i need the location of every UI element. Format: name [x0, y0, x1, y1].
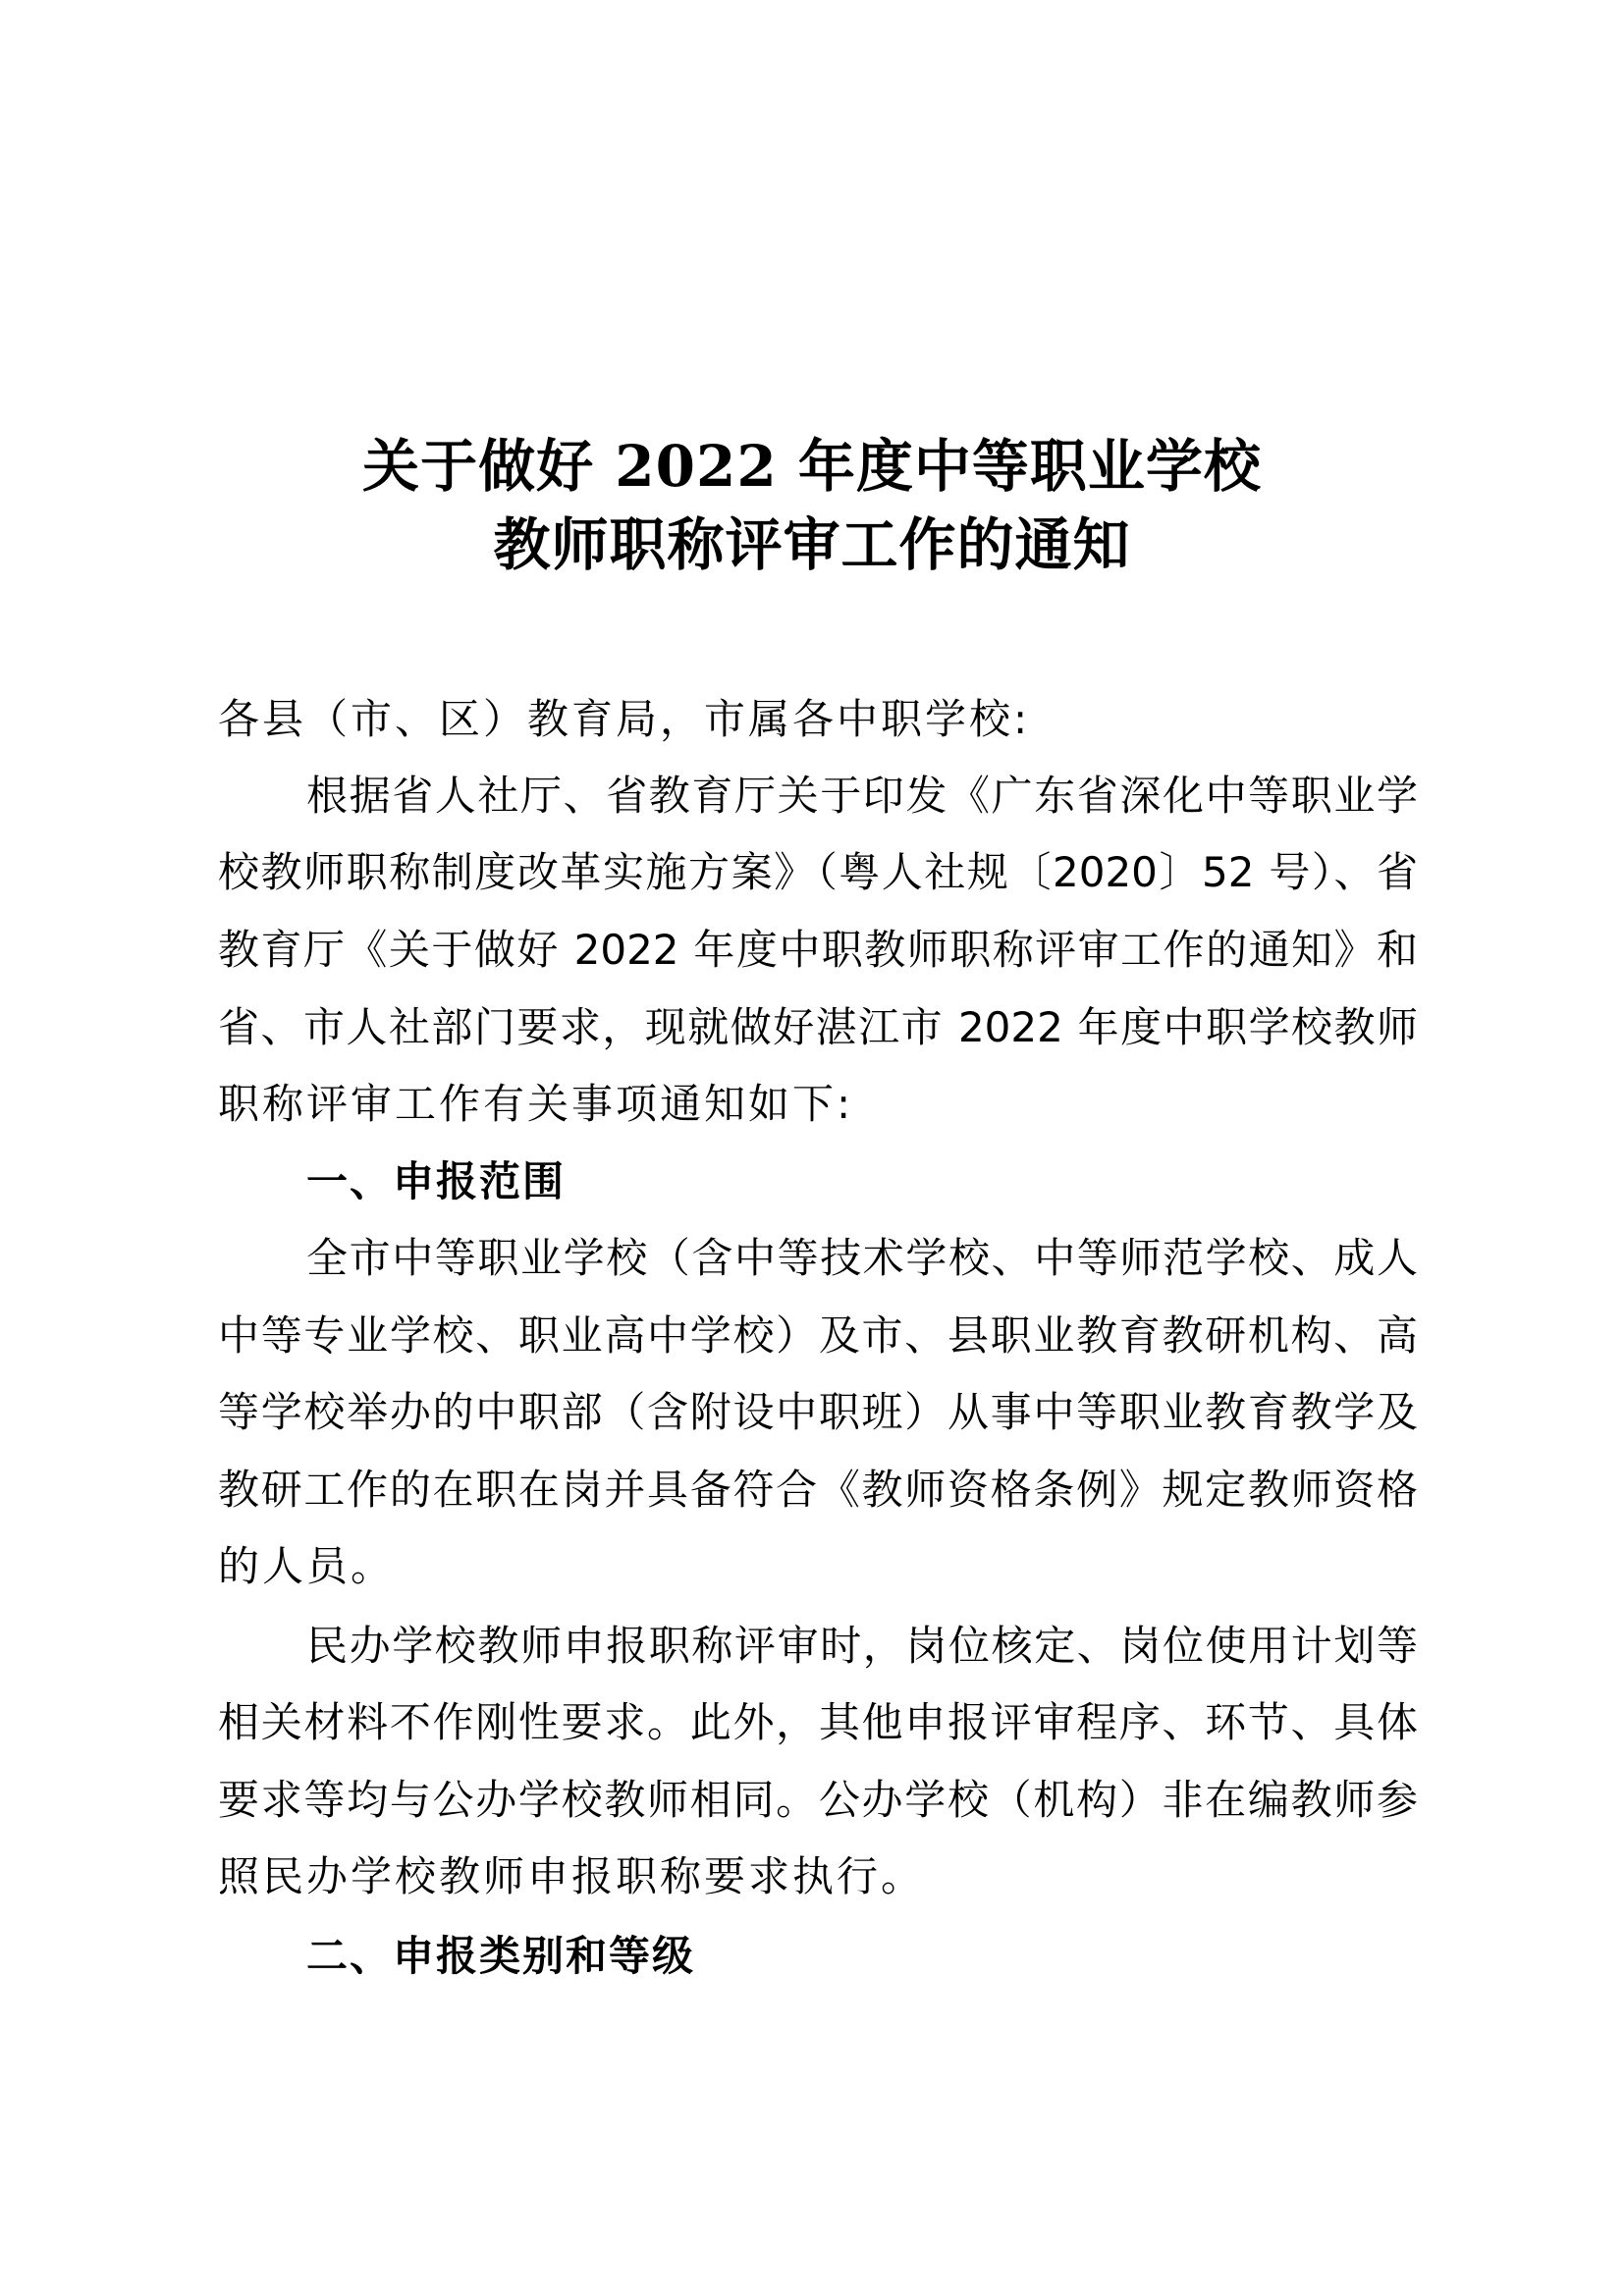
section1-p1-line-4: 教研工作的在职在岗并具备符合《教师资格条例》规定教师资格 — [218, 1461, 1418, 1520]
section-heading-2: 二、申报类别和等级 — [306, 1927, 695, 1986]
section1-p2-line-2: 相关材料不作刚性要求。此外，其他申报评审程序、环节、具体 — [218, 1693, 1418, 1752]
intro-line-2: 校教师职称制度改革实施方案》（粤人社规〔2020〕52 号）、省 — [218, 843, 1418, 902]
intro-line-3: 教育厅《关于做好 2022 年度中职教师职称评审工作的通知》和 — [218, 921, 1418, 980]
section1-p2-line-1: 民办学校教师申报职称评审时，岗位核定、岗位使用计划等 — [306, 1617, 1418, 1676]
section1-p2-line-4: 照民办学校教师申报职称要求执行。 — [218, 1847, 1418, 1906]
document-title-line-2: 教师职称评审工作的通知 — [0, 510, 1624, 579]
salutation: 各县（市、区）教育局，市属各中职学校: — [218, 690, 1418, 749]
section1-p1-line-3: 等学校举办的中职部（含附设中职班）从事中等职业教育教学及 — [218, 1383, 1418, 1442]
intro-line-4: 省、市人社部门要求，现就做好湛江市 2022 年度中职学校教师 — [218, 998, 1418, 1057]
section-heading-1: 一、申报范围 — [306, 1152, 566, 1211]
document-page: 关于做好 2022 年度中等职业学校 教师职称评审工作的通知 各县（市、区）教育… — [0, 0, 1624, 2296]
section1-p1-line-5: 的人员。 — [218, 1537, 1418, 1596]
section1-p1-line-2: 中等专业学校、职业高中学校）及市、县职业教育教研机构、高 — [218, 1307, 1418, 1365]
intro-line-1: 根据省人社厅、省教育厅关于印发《广东省深化中等职业学 — [306, 767, 1418, 826]
section1-p2-line-3: 要求等均与公办学校教师相同。公办学校（机构）非在编教师参 — [218, 1771, 1418, 1830]
document-title-line-1: 关于做好 2022 年度中等职业学校 — [0, 432, 1624, 501]
section1-p1-line-1: 全市中等职业学校（含中等技术学校、中等师范学校、成人 — [306, 1229, 1418, 1288]
intro-line-5: 职称评审工作有关事项通知如下: — [218, 1075, 1418, 1134]
